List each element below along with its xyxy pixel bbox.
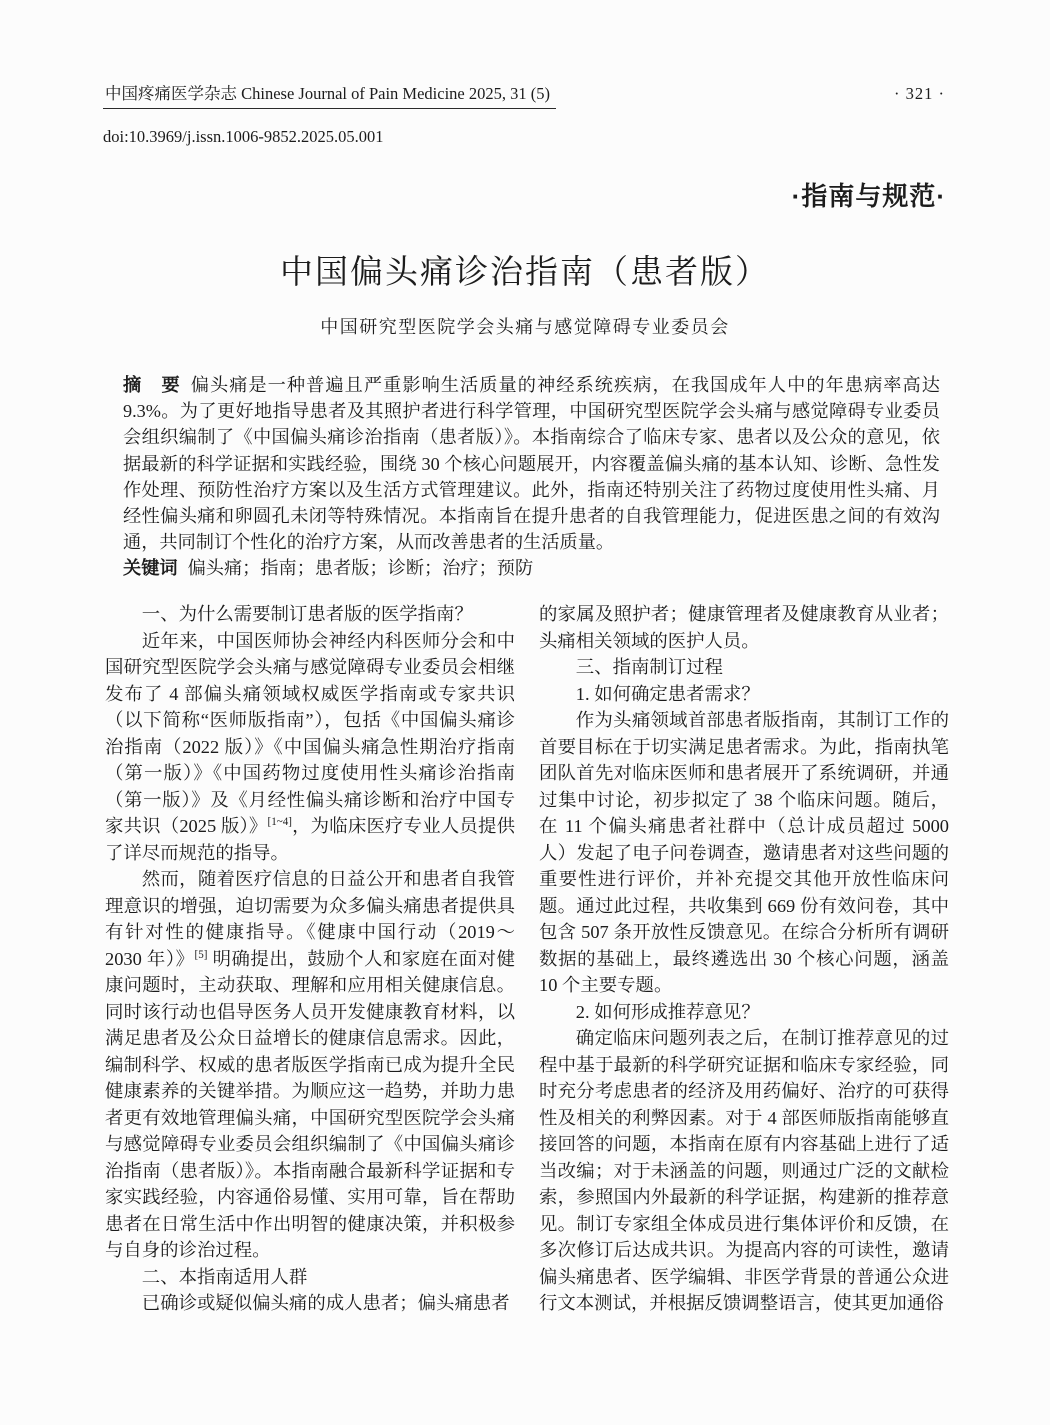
question-heading: 1. 如何确定患者需求？ [539, 681, 949, 708]
article-title: 中国偏头痛诊治指南（患者版） [0, 246, 1050, 293]
paragraph: 近年来，中国医师协会神经内科医师分会和中国研究型医院学会头痛与感觉障碍专业委员会… [105, 628, 515, 867]
paragraph: 确定临床问题列表之后，在制订推荐意见的过程中基于最新的科学研究证据和临床专家经验… [539, 1025, 949, 1317]
right-column: 的家属及照护者；健康管理者及健康教育从业者；头痛相关领域的医护人员。三、指南制订… [539, 601, 949, 1317]
abstract-paragraph: 摘 要偏头痛是一种普遍且严重影响生活质量的神经系统疾病，在我国成年人中的年患病率… [123, 372, 940, 555]
citation-reference: [1~4] [268, 816, 292, 828]
paragraph: 然而，随着医疗信息的日益公开和患者自我管理意识的增强，迫切需要为众多偏头痛患者提… [105, 866, 515, 1264]
section-heading: 二、本指南适用人群 [105, 1264, 515, 1291]
question-heading: 2. 如何形成推荐意见？ [539, 999, 949, 1026]
running-head: 中国疼痛医学杂志 Chinese Journal of Pain Medicin… [103, 84, 945, 109]
abstract-section: 摘 要偏头痛是一种普遍且严重影响生活质量的神经系统疾病，在我国成年人中的年患病率… [123, 372, 940, 582]
keywords-label: 关键词 [123, 558, 188, 578]
author-affiliation: 中国研究型医院学会头痛与感觉障碍专业委员会 [0, 313, 1050, 339]
section-heading: 三、指南制订过程 [539, 654, 949, 681]
citation-reference: [5] [195, 948, 208, 960]
body-columns: 一、为什么需要制订患者版的医学指南？近年来，中国医师协会神经内科医师分会和中国研… [105, 601, 949, 1317]
section-badge: ·指南与规范· [792, 176, 946, 213]
keywords-line: 关键词偏头痛；指南；患者版；诊断；治疗；预防 [123, 555, 940, 581]
paragraph: 已确诊或疑似偏头痛的成人患者；偏头痛患者 [105, 1290, 515, 1317]
abstract-label: 摘 要 [123, 375, 191, 395]
paragraph-continued: 的家属及照护者；健康管理者及健康教育从业者；头痛相关领域的医护人员。 [539, 601, 949, 654]
abstract-text: 偏头痛是一种普遍且严重影响生活质量的神经系统疾病，在我国成年人中的年患病率高达 … [123, 375, 940, 552]
journal-title: 中国疼痛医学杂志 Chinese Journal of Pain Medicin… [103, 84, 556, 109]
doi-line: doi:10.3969/j.issn.1006-9852.2025.05.001 [103, 127, 384, 147]
keywords-text: 偏头痛；指南；患者版；诊断；治疗；预防 [188, 558, 534, 578]
left-column: 一、为什么需要制订患者版的医学指南？近年来，中国医师协会神经内科医师分会和中国研… [105, 601, 515, 1317]
section-heading: 一、为什么需要制订患者版的医学指南？ [105, 601, 515, 628]
page-number: · 321 · [894, 84, 945, 104]
journal-article-page: 中国疼痛医学杂志 Chinese Journal of Pain Medicin… [0, 0, 1050, 1425]
paragraph: 作为头痛领域首部患者版指南，其制订工作的首要目标在于切实满足患者需求。为此，指南… [539, 707, 949, 999]
